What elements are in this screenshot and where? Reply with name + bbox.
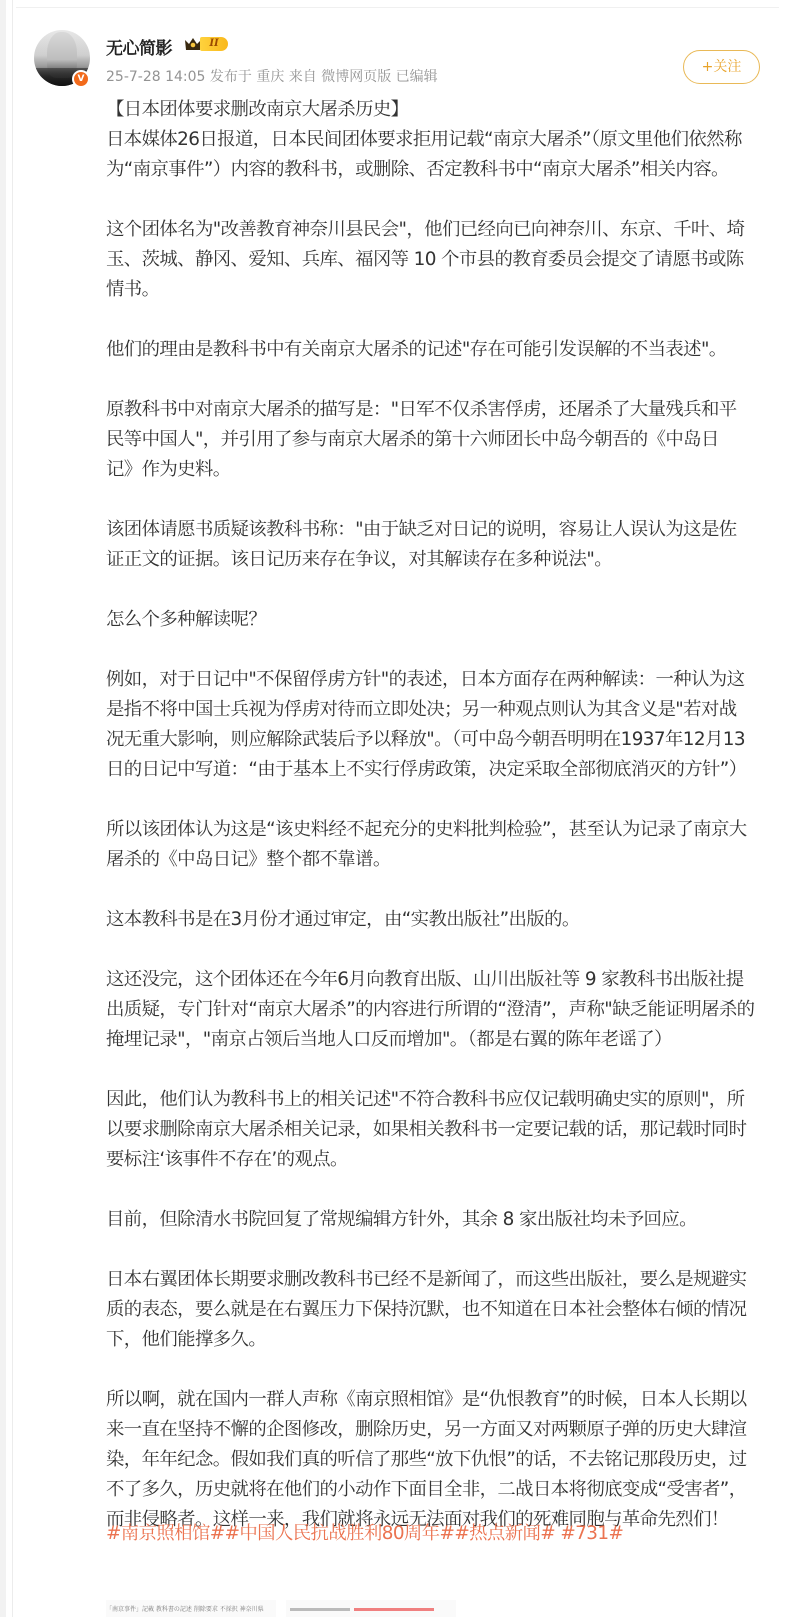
- card-edge: [12, 0, 13, 1617]
- post-body: 【日本团体要求删改南京大屠杀历史】日本媒体26日报道，日本民间团体要求拒用记载“…: [106, 95, 776, 1535]
- hashtags: #南京照相馆##中国人民抗战胜利80周年##热点新闻# #731#: [106, 1519, 623, 1549]
- paragraph-gap: [106, 785, 776, 815]
- paragraph-gap: [106, 875, 776, 905]
- paragraph-gap: [106, 305, 776, 335]
- paragraph-gap: [106, 635, 776, 665]
- divider: [16, 7, 779, 8]
- body-line: 这本教科书是在3月份才通过审定，由“实教出版社”出版的。: [106, 905, 776, 935]
- body-line: 民等中国人"，并引用了参与南京大屠杀的第十六师团长中岛今朝吾的《中岛日: [106, 425, 776, 455]
- body-line: 出质疑，专门针对“南京大屠杀”的内容进行所谓的“澄清”，声称"缺乏能证明屠杀的: [106, 995, 776, 1025]
- body-line: 怎么个多种解读呢？: [106, 605, 776, 635]
- body-line: 所以该团体认为这是“该史料经不起充分的史料批判检验”，甚至认为记录了南京大: [106, 815, 776, 845]
- body-line: 日本媒体26日报道，日本民间团体要求拒用记载“南京大屠杀”（原文里他们依然称: [106, 125, 776, 155]
- hashtag-victory-80th[interactable]: #中国人民抗战胜利80周年#: [225, 1523, 455, 1544]
- paragraph-gap: [106, 1055, 776, 1085]
- body-line: 下，他们能撑多久。: [106, 1325, 776, 1355]
- weibo-post-card: V 无心简影 II 25-7-28 14:05 发布于 重庆 来自 微博网页版 …: [0, 0, 789, 1617]
- follow-button[interactable]: +关注: [683, 50, 760, 84]
- body-line: 为“南京事件”）内容的教科书，或删除、否定教科书中“南京大屠杀”相关内容。: [106, 155, 776, 185]
- paragraph-gap: [106, 1175, 776, 1205]
- thumbnail-image-1[interactable]: 「南京事件」記載 教科書の記述 削除要求 不採択 神奈川県: [106, 1600, 276, 1617]
- body-line: 【日本团体要求删改南京大屠杀历史】: [106, 95, 776, 125]
- author-name[interactable]: 无心简影: [106, 34, 172, 59]
- paragraph-gap: [106, 485, 776, 515]
- body-line: 染，年年纪念。假如我们真的听信了那些“放下仇恨”的话，不去铭记那段历史，过: [106, 1445, 776, 1475]
- body-line: 日本右翼团体长期要求删改教科书已经不是新闻了，而这些出版社，要么是规避实: [106, 1265, 776, 1295]
- image-thumbnails: 「南京事件」記載 教科書の記述 削除要求 不採択 神奈川県: [106, 1600, 506, 1617]
- body-line: 情书。: [106, 275, 776, 305]
- body-line: 他们的理由是教科书中有关南京大屠杀的记述"存在可能引发误解的不当表述"。: [106, 335, 776, 365]
- paragraph-gap: [106, 1355, 776, 1385]
- body-line: 原教科书中对南京大屠杀的描写是："日军不仅杀害俘虏，还屠杀了大量残兵和平: [106, 395, 776, 425]
- body-line: 这个团体名为"改善教育神奈川县民会"，他们已经向已向神奈川、东京、千叶、埼: [106, 215, 776, 245]
- hashtag-731[interactable]: #731#: [555, 1523, 623, 1544]
- body-line: 来一直在坚持不懈的企图修改，删除历史，另一方面又对两颗原子弹的历史大肆渲: [106, 1415, 776, 1445]
- verified-icon: V: [72, 70, 90, 88]
- body-line: 目前，但除清水书院回复了常规编辑方针外，其余 8 家出版社均未予回应。: [106, 1205, 776, 1235]
- hashtag-nanjing-photo-studio[interactable]: #南京照相馆#: [106, 1523, 225, 1544]
- paragraph-gap: [106, 575, 776, 605]
- paragraph-gap: [106, 365, 776, 395]
- body-line: 所以啊，就在国内一群人声称《南京照相馆》是“仇恨教育”的时候，日本人长期以: [106, 1385, 776, 1415]
- paragraph-gap: [106, 935, 776, 965]
- post-header: V 无心简影 II 25-7-28 14:05 发布于 重庆 来自 微博网页版 …: [6, 22, 789, 92]
- paragraph-gap: [106, 185, 776, 215]
- body-line: 记》作为史料。: [106, 455, 776, 485]
- body-line: 屠杀的《中岛日记》整个都不靠谱。: [106, 845, 776, 875]
- thumbnail-image-2[interactable]: [286, 1600, 456, 1617]
- paragraph-gap: [106, 1235, 776, 1265]
- body-line: 是指不将中国士兵视为俘虏对待而立即处决；另一种观点则认为其含义是"若对战: [106, 695, 776, 725]
- body-line: 因此，他们认为教科书上的相关记述"不符合教科书应仅记载明确史实的原则"，所: [106, 1085, 776, 1115]
- hashtag-hot-news[interactable]: #热点新闻#: [454, 1523, 555, 1544]
- body-line: 质的表态，要么就是在右翼压力下保持沉默，也不知道在日本社会整体右倾的情况: [106, 1295, 776, 1325]
- post-meta: 25-7-28 14:05 发布于 重庆 来自 微博网页版 已编辑: [106, 66, 438, 86]
- body-line: 不了多久，历史就将在他们的小动作下面目全非，二战日本将彻底变成“受害者”，: [106, 1475, 776, 1505]
- body-line: 玉、茨城、静冈、爱知、兵库、福冈等 10 个市县的教育委员会提交了请愿书或陈: [106, 245, 776, 275]
- body-line: 证正文的证据。该日记历来存在争议，对其解读存在多种说法"。: [106, 545, 776, 575]
- body-line: 掩埋记录"，"南京占领后当地人口反而增加"。（都是右翼的陈年老谣了）: [106, 1025, 776, 1055]
- body-line: 况无重大影响，则应解除武装后予以释放"。（可中岛今朝吾明明在1937年12月13: [106, 725, 776, 755]
- body-line: 以要求删除南京大屠杀相关记录，如果相关教科书一定要记载的话，那记载时同时: [106, 1115, 776, 1145]
- level-badge: II: [200, 37, 228, 51]
- body-line: 要标注‘该事件不存在’的观点。: [106, 1145, 776, 1175]
- body-line: 这还没完，这个团体还在今年6月向教育出版、山川出版社等 9 家教科书出版社提: [106, 965, 776, 995]
- body-line: 例如，对于日记中"不保留俘虏方针"的表述，日本方面存在两种解读：一种认为这: [106, 665, 776, 695]
- body-line: 该团体请愿书质疑该教科书称："由于缺乏对日记的说明，容易让人误认为这是佐: [106, 515, 776, 545]
- thumbnail-highlight-line: [354, 1608, 434, 1611]
- thumbnail-text-line: [290, 1608, 350, 1611]
- body-line: 日的日记中写道：“由于基本上不实行俘虏政策，决定采取全部彻底消灭的方针”）: [106, 755, 776, 785]
